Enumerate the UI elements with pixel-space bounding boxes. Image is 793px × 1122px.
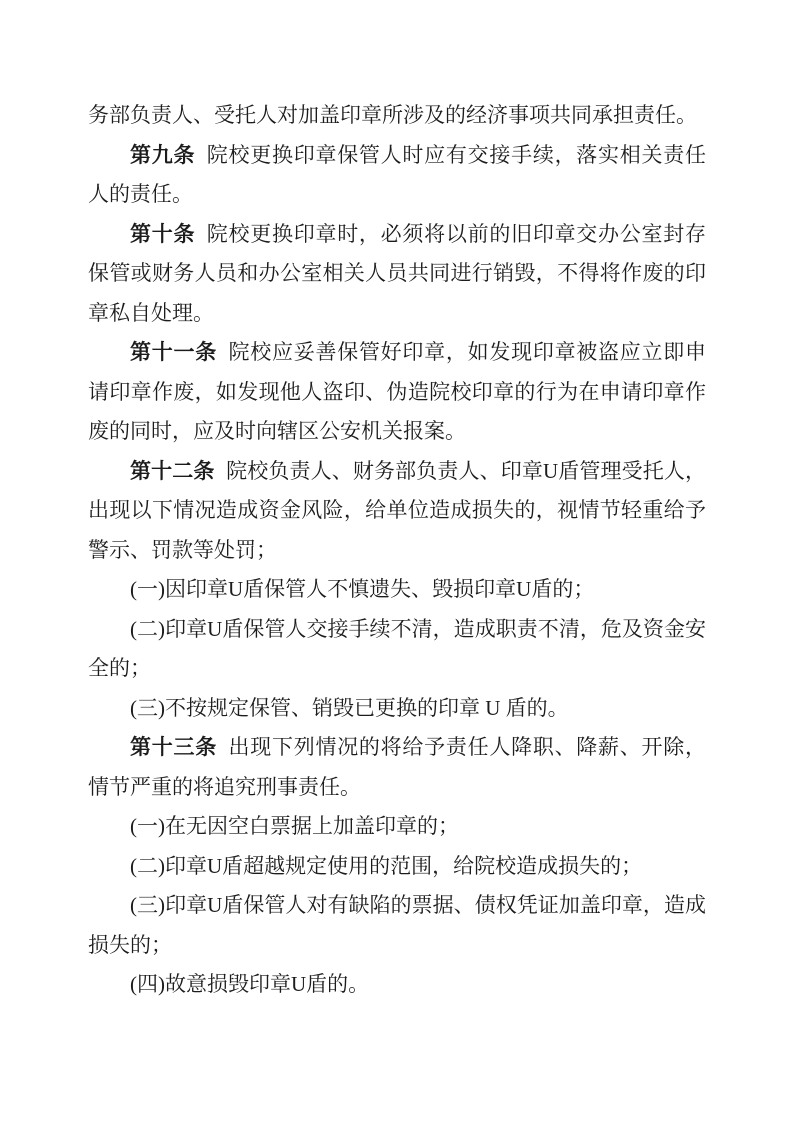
article-number: 第十条 — [130, 222, 195, 246]
paragraph-text: (一)因印章U盾保管人不慎遗失、毁损印章U盾的； — [130, 577, 594, 601]
document-page: 务部负责人、受托人对加盖印章所涉及的经济事项共同承担责任。 第九条院校更换印章保… — [0, 0, 793, 1122]
paragraph: 务部负责人、受托人对加盖印章所涉及的经济事项共同承担责任。 — [88, 96, 706, 136]
document-body: 务部负责人、受托人对加盖印章所涉及的经济事项共同承担责任。 第九条院校更换印章保… — [88, 96, 706, 1005]
paragraph: (三)印章U盾保管人对有缺陷的票据、债权凭证加盖印章，造成损失的； — [88, 886, 706, 965]
paragraph: (三)不按规定保管、销毁已更换的印章 U 盾的。 — [88, 689, 706, 729]
paragraph: 第十二条院校负责人、财务部负责人、印章U盾管理受托人，出现以下情况造成资金风险，… — [88, 452, 706, 571]
article-number: 第九条 — [130, 143, 195, 167]
paragraph-text: (四)故意损毁印章U盾的。 — [130, 972, 369, 996]
paragraph: (四)故意损毁印章U盾的。 — [88, 965, 706, 1005]
paragraph-text: (二)印章U盾保管人交接手续不清，造成职责不清，危及资金安全的； — [88, 617, 706, 681]
paragraph-text: 务部负责人、受托人对加盖印章所涉及的经济事项共同承担责任。 — [88, 103, 697, 127]
paragraph-text: (三)不按规定保管、销毁已更换的印章 U 盾的。 — [130, 696, 569, 720]
paragraph-text: (一)在无因空白票据上加盖印章的； — [130, 814, 459, 838]
paragraph: (二)印章U盾超越规定使用的范围，给院校造成损失的； — [88, 847, 706, 887]
paragraph: 第九条院校更换印章保管人时应有交接手续，落实相关责任人的责任。 — [88, 136, 706, 215]
article-number: 第十一条 — [130, 340, 217, 364]
paragraph: (一)在无因空白票据上加盖印章的； — [88, 807, 706, 847]
paragraph-text: (三)印章U盾保管人对有缺陷的票据、债权凭证加盖印章，造成损失的； — [88, 893, 706, 957]
paragraph: (二)印章U盾保管人交接手续不清，造成职责不清，危及资金安全的； — [88, 610, 706, 689]
paragraph-text: (二)印章U盾超越规定使用的范围，给院校造成损失的； — [130, 854, 642, 878]
article-number: 第十三条 — [130, 735, 217, 759]
paragraph: 第十一条院校应妥善保管好印章，如发现印章被盗应立即申请印章作废，如发现他人盗印、… — [88, 333, 706, 452]
paragraph: 第十三条出现下列情况的将给予责任人降职、降薪、开除，情节严重的将追究刑事责任。 — [88, 728, 706, 807]
paragraph: 第十条院校更换印章时，必须将以前的旧印章交办公室封存保管或财务人员和办公室相关人… — [88, 215, 706, 334]
article-number: 第十二条 — [130, 459, 215, 483]
paragraph: (一)因印章U盾保管人不慎遗失、毁损印章U盾的； — [88, 570, 706, 610]
